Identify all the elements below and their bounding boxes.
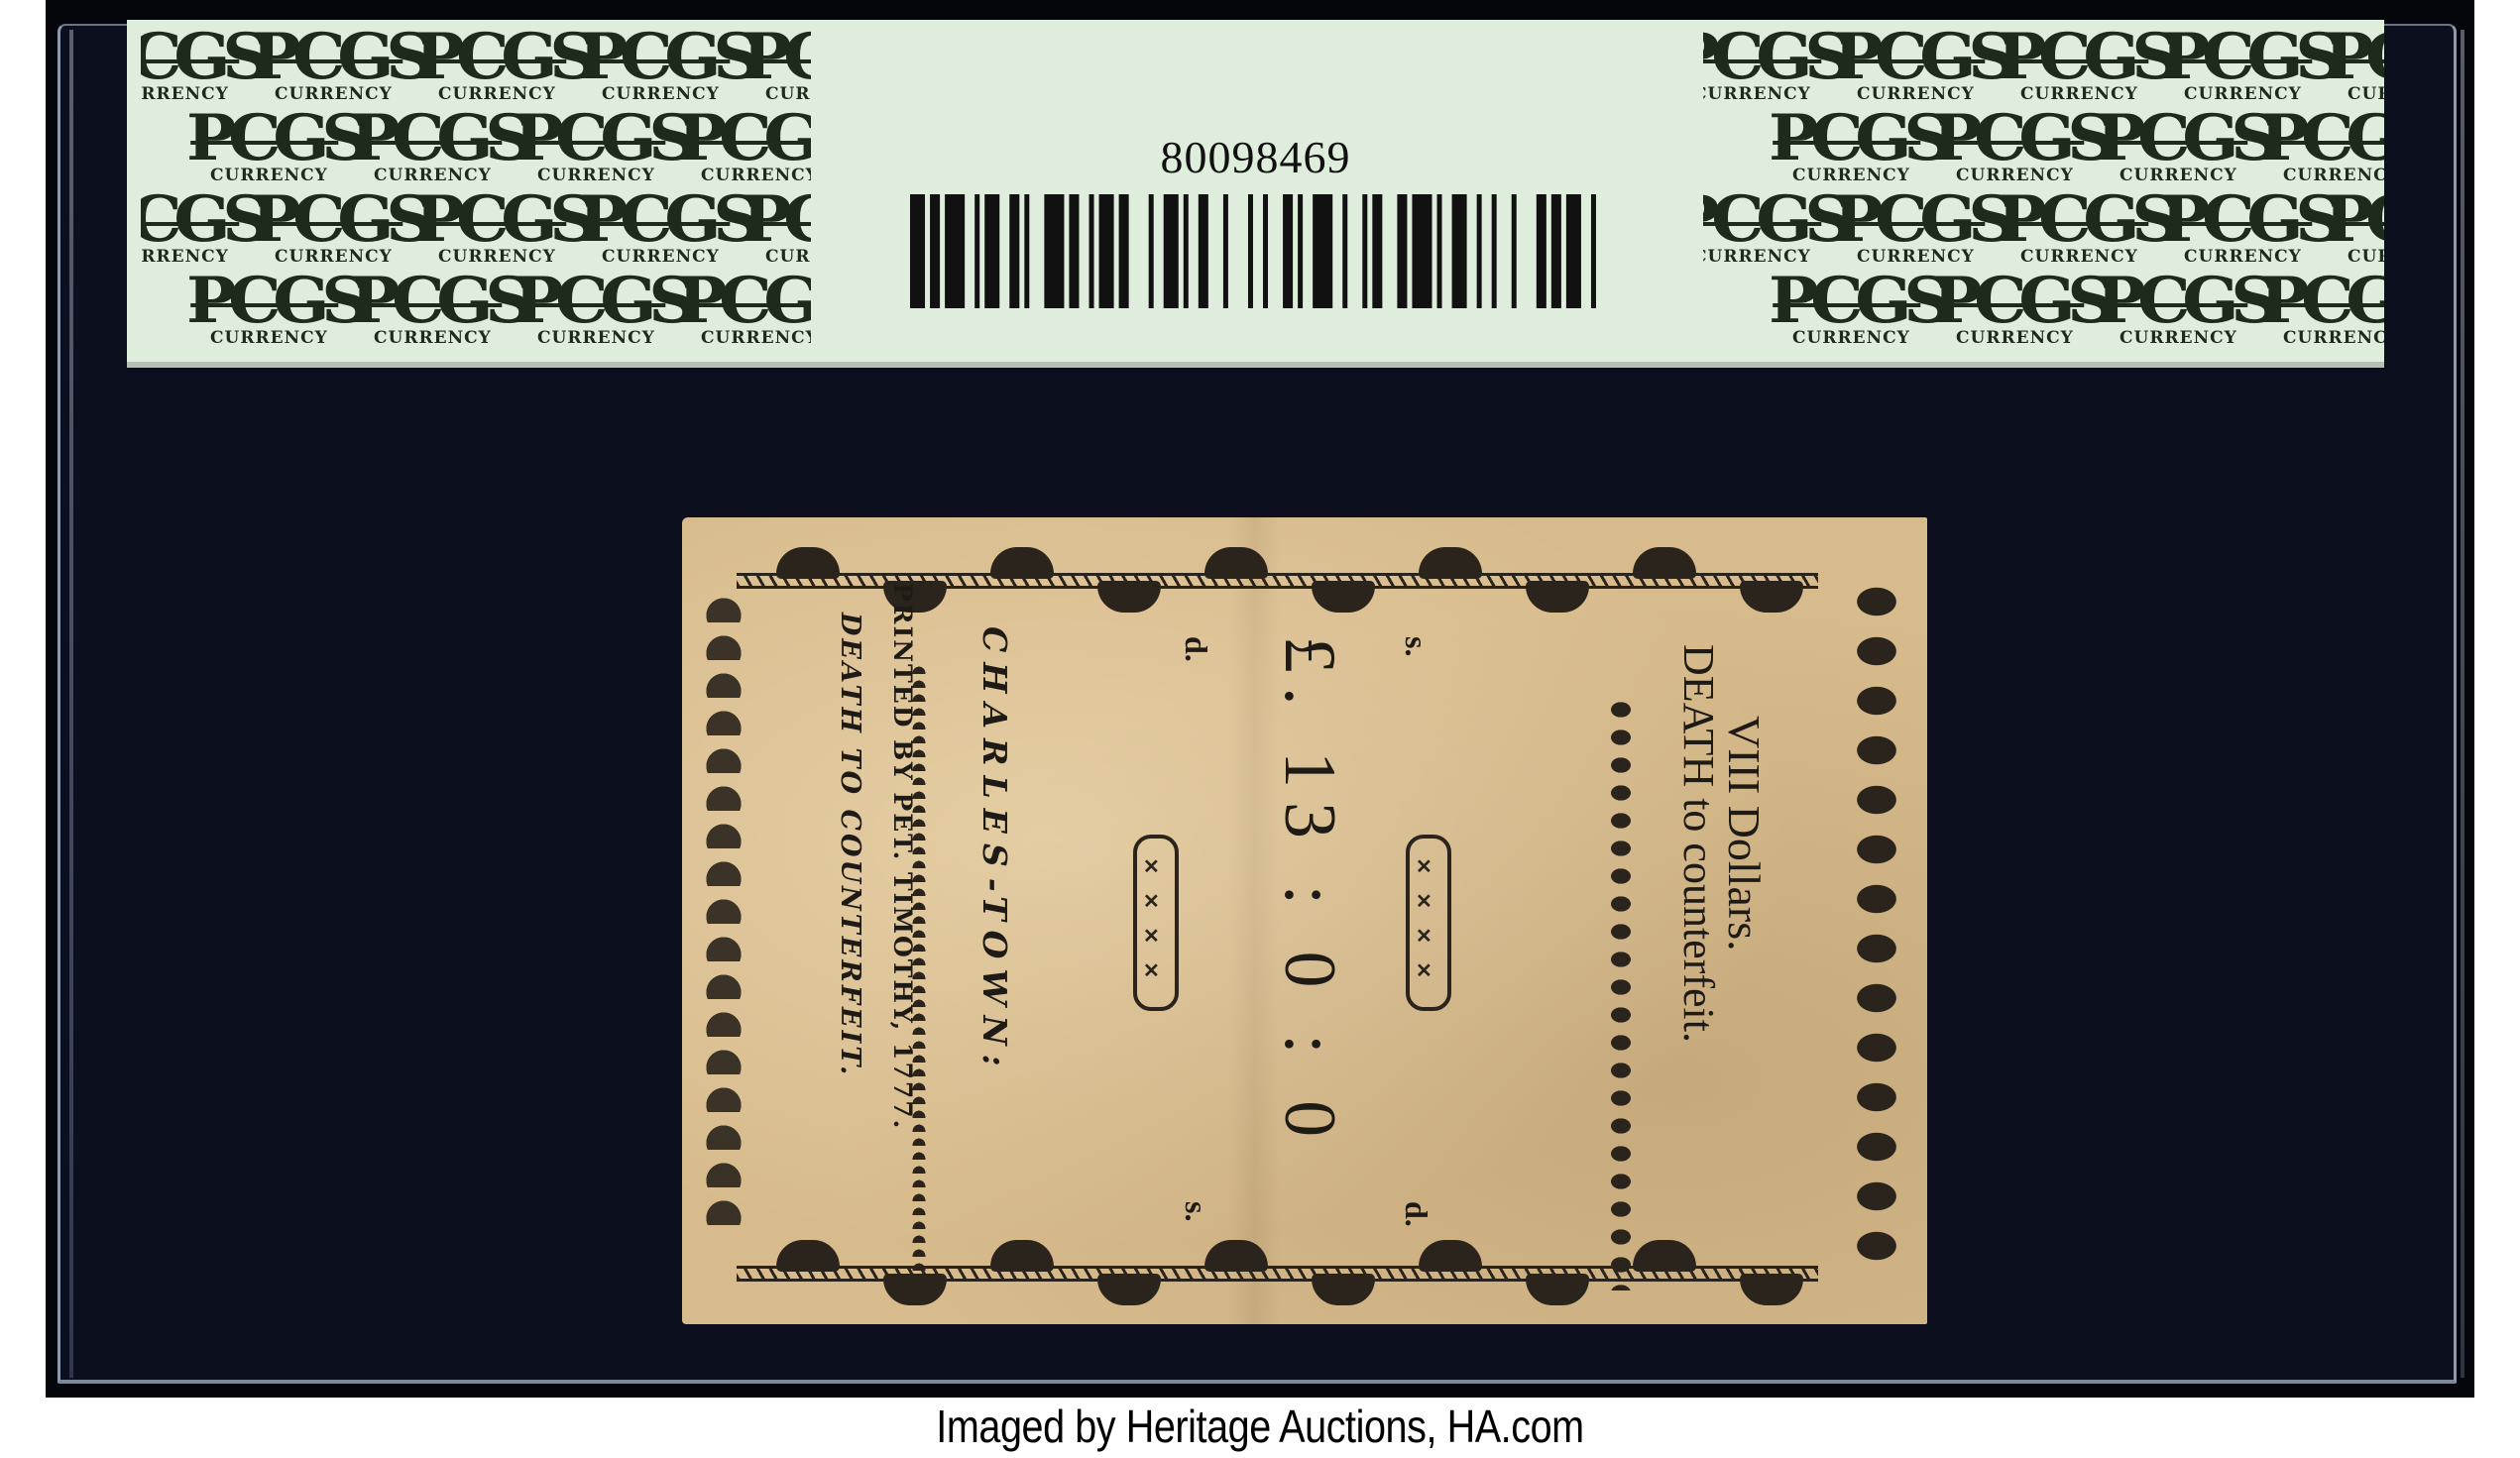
denomination-text: VIII Dollars. bbox=[1718, 716, 1771, 952]
warning-top-text: DEATH to counterfeit. bbox=[1673, 644, 1724, 1043]
pcgs-logo-icon: PCGSCURRENCY bbox=[2263, 111, 2384, 190]
pcgs-logo-icon: PCGSCURRENCY bbox=[418, 30, 577, 109]
pcgs-logo-icon: PCGSCURRENCY bbox=[2100, 111, 2258, 190]
pcgs-logo-pattern-right: PCGSCURRENCYPCGSCURRENCYPCGSCURRENCYPCGS… bbox=[1703, 20, 2384, 362]
scallop-ornament bbox=[1204, 1240, 1268, 1272]
currency-note: VIII Dollars. DEATH to counterfeit. £. 1… bbox=[682, 517, 1927, 1324]
pcgs-logo-pattern-left: PCGSCURRENCYPCGSCURRENCYPCGSCURRENCYPCGS… bbox=[141, 20, 811, 362]
slab-edge-left bbox=[69, 30, 73, 1378]
scallop-ornament bbox=[1526, 581, 1589, 613]
scallop-ornament bbox=[1419, 547, 1482, 579]
pcgs-logo-icon: PCGSCURRENCY bbox=[354, 274, 513, 353]
pcgs-logo-icon: PCGSCURRENCY bbox=[1936, 111, 2095, 190]
scallop-ornament bbox=[1740, 1274, 1803, 1305]
pcgs-logo-icon: PCGSCURRENCY bbox=[190, 274, 349, 353]
pcgs-logo-icon: PCGSCURRENCY bbox=[255, 192, 413, 272]
pence-abbr: d. bbox=[1178, 636, 1214, 662]
place-text: CHARLES-TOWN: bbox=[975, 626, 1014, 1076]
scallop-ornament bbox=[776, 547, 840, 579]
ornamental-band-right bbox=[1604, 696, 1638, 1290]
pcgs-logo-icon: PCGSCURRENCY bbox=[2164, 192, 2323, 272]
pcgs-logo-icon: PCGSCURRENCY bbox=[2263, 274, 2384, 353]
ornamental-border-bottom bbox=[737, 1240, 1818, 1299]
scallop-ornament bbox=[1097, 1274, 1161, 1305]
scallop-ornament bbox=[1312, 1274, 1375, 1305]
ornamental-border-left bbox=[702, 597, 745, 1235]
amount-text: £. 13 : 0 : 0 bbox=[1267, 636, 1351, 1151]
shillings-abbr-bottom: s. bbox=[1178, 1201, 1214, 1221]
pcgs-logo-icon: PCGSCURRENCY bbox=[2001, 192, 2159, 272]
cartouche-left bbox=[1133, 835, 1179, 1011]
pcgs-logo-icon: PCGSCURRENCY bbox=[2328, 30, 2384, 109]
pcgs-logo-icon: PCGSCURRENCY bbox=[681, 274, 811, 353]
slab-edge-right bbox=[2461, 30, 2464, 1378]
pcgs-logo-icon: PCGSCURRENCY bbox=[517, 274, 676, 353]
pcgs-logo-icon: PCGSCURRENCY bbox=[2328, 192, 2384, 272]
pcgs-logo-icon: PCGSCURRENCY bbox=[582, 30, 741, 109]
ornamental-border-right bbox=[1846, 577, 1907, 1265]
image-credit-caption: Imaged by Heritage Auctions, HA.com bbox=[176, 1400, 2344, 1453]
pcgs-logo-icon: PCGSCURRENCY bbox=[1837, 30, 1996, 109]
pcgs-logo-icon: PCGSCURRENCY bbox=[1773, 111, 1931, 190]
pcgs-logo-icon: PCGSCURRENCY bbox=[582, 192, 741, 272]
printer-text: PRINTED BY PET. TIMOTHY, 1777. bbox=[888, 583, 917, 1130]
pcgs-logo-icon: PCGSCURRENCY bbox=[141, 192, 250, 272]
barcode-icon bbox=[910, 194, 1606, 308]
pcgs-logo-icon: PCGSCURRENCY bbox=[2164, 30, 2323, 109]
scallop-ornament bbox=[1740, 581, 1803, 613]
scallop-ornament bbox=[776, 1240, 840, 1272]
pcgs-logo-icon: PCGSCURRENCY bbox=[1837, 192, 1996, 272]
pcgs-logo-icon: PCGSCURRENCY bbox=[255, 30, 413, 109]
pcgs-logo-icon: PCGSCURRENCY bbox=[745, 192, 811, 272]
pence-abbr-bottom: d. bbox=[1398, 1201, 1434, 1227]
grading-label: PCGSCURRENCYPCGSCURRENCYPCGSCURRENCYPCGS… bbox=[127, 20, 2384, 362]
scallop-ornament bbox=[1526, 1274, 1589, 1305]
scallop-ornament bbox=[990, 547, 1054, 579]
pcgs-logo-icon: PCGSCURRENCY bbox=[1936, 274, 2095, 353]
pcgs-logo-icon: PCGSCURRENCY bbox=[2100, 274, 2258, 353]
scallop-ornament bbox=[1097, 581, 1161, 613]
cartouche-right bbox=[1406, 835, 1451, 1011]
pcgs-logo-icon: PCGSCURRENCY bbox=[745, 30, 811, 109]
pcgs-logo-icon: PCGSCURRENCY bbox=[1773, 274, 1931, 353]
pcgs-logo-icon: PCGSCURRENCY bbox=[1703, 30, 1832, 109]
warning-bottom-text: DEATH TO COUNTERFEIT. bbox=[835, 613, 865, 1077]
shillings-abbr: s. bbox=[1398, 636, 1434, 656]
scallop-ornament bbox=[990, 1240, 1054, 1272]
scallop-ornament bbox=[1312, 581, 1375, 613]
scallop-ornament bbox=[1419, 1240, 1482, 1272]
pcgs-logo-icon: PCGSCURRENCY bbox=[418, 192, 577, 272]
scallop-ornament bbox=[1633, 547, 1696, 579]
scallop-ornament bbox=[1633, 1240, 1696, 1272]
scallop-ornament bbox=[1204, 547, 1268, 579]
pcgs-logo-icon: PCGSCURRENCY bbox=[141, 30, 250, 109]
pcgs-logo-icon: PCGSCURRENCY bbox=[1703, 192, 1832, 272]
pcgs-logo-icon: PCGSCURRENCY bbox=[2001, 30, 2159, 109]
